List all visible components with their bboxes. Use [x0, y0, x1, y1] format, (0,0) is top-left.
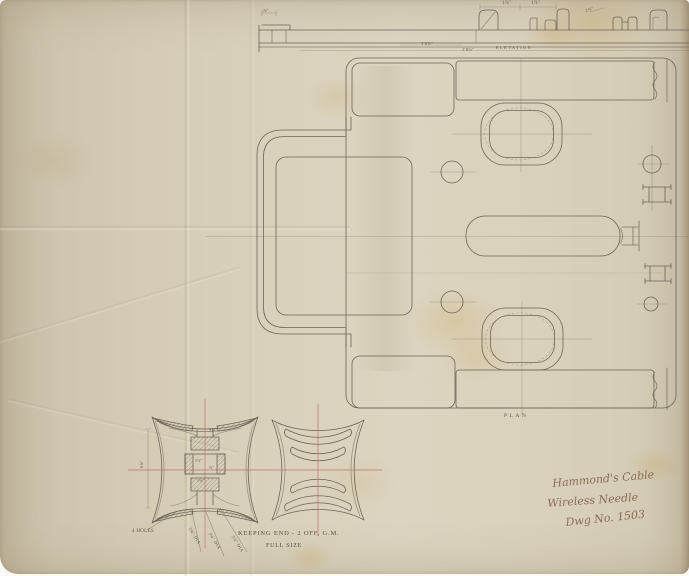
- lower-ring: [452, 302, 592, 415]
- upper-ring: [452, 58, 592, 172]
- holes-note: 4 HOLES: [132, 529, 154, 534]
- dim-sheave-c: ⅞″: [209, 466, 214, 470]
- dim-left-a: ⅞″: [263, 9, 269, 14]
- ibeam-upper: [643, 185, 671, 205]
- drawing-linework: [0, 0, 689, 576]
- dim-sheave-a: 3⅝″: [209, 428, 217, 433]
- ibeam-lower: [645, 264, 671, 284]
- plan-label: PLAN: [504, 414, 528, 420]
- dim-sheave-d: 1⅝″: [197, 479, 205, 483]
- yoke-bracket: [257, 117, 412, 347]
- dim-mid-a: 1′8⅞″: [421, 42, 433, 47]
- centre-capsule: [466, 216, 639, 256]
- plan-view: [206, 58, 688, 415]
- scanned-drawing-sheet: ELEVATION PLAN KEEPING END - 2 OFF, G.M.…: [0, 0, 689, 576]
- dim-sheave-b: 1⅛″: [195, 459, 203, 463]
- yoke-inner-plate: [276, 157, 412, 315]
- elevation-label: ELEVATION: [496, 46, 532, 50]
- dim-mid-b: 1′8½″: [462, 48, 474, 53]
- elevation-view: [259, 4, 689, 52]
- dim-top-a: 1⅞″: [502, 1, 511, 6]
- detail-caption-line2: FULL SIZE: [266, 543, 302, 549]
- dim-sheave-height: 6⅛″: [140, 460, 145, 468]
- dim-top-b: 1⅞″: [531, 1, 540, 6]
- detail-caption-line1: KEEPING END - 2 OFF, G.M.: [238, 531, 339, 538]
